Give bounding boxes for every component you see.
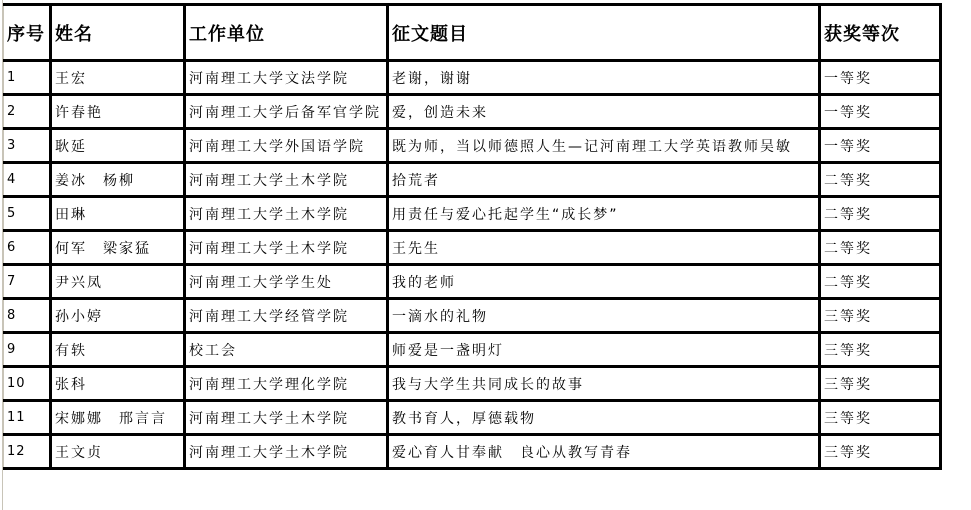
cell-title: 爱，创造未来 bbox=[388, 95, 820, 129]
cell-unit: 河南理工大学经管学院 bbox=[185, 299, 388, 333]
cell-title: 既为师，当以师德照人生—记河南理工大学英语教师吴敏 bbox=[388, 129, 820, 163]
cell-name: 王文贞 bbox=[51, 435, 185, 469]
cell-title: 拾荒者 bbox=[388, 163, 820, 197]
cell-award: 二等奖 bbox=[820, 231, 941, 265]
cell-no: 3 bbox=[4, 129, 51, 163]
cell-name: 有轶 bbox=[51, 333, 185, 367]
table-row: 12王文贞河南理工大学土木学院爱心育人甘奉献 良心从教写青春三等奖 bbox=[4, 435, 941, 469]
table-row: 3耿延河南理工大学外国语学院既为师，当以师德照人生—记河南理工大学英语教师吴敏一… bbox=[4, 129, 941, 163]
cell-unit: 河南理工大学土木学院 bbox=[185, 401, 388, 435]
page: 序号 姓名 工作单位 征文题目 获奖等次 1王宏河南理工大学文法学院老谢，谢谢一… bbox=[0, 0, 971, 510]
cell-award: 三等奖 bbox=[820, 299, 941, 333]
awards-table: 序号 姓名 工作单位 征文题目 获奖等次 1王宏河南理工大学文法学院老谢，谢谢一… bbox=[3, 3, 942, 470]
header-name: 姓名 bbox=[51, 5, 185, 61]
cell-unit: 河南理工大学土木学院 bbox=[185, 231, 388, 265]
cell-unit: 河南理工大学后备军官学院 bbox=[185, 95, 388, 129]
cell-award: 一等奖 bbox=[820, 61, 941, 95]
cell-no: 8 bbox=[4, 299, 51, 333]
cell-no: 2 bbox=[4, 95, 51, 129]
header-award: 获奖等次 bbox=[820, 5, 941, 61]
cell-no: 10 bbox=[4, 367, 51, 401]
cell-name: 王宏 bbox=[51, 61, 185, 95]
table-row: 4姜冰 杨柳河南理工大学土木学院拾荒者二等奖 bbox=[4, 163, 941, 197]
table-row: 5田琳河南理工大学土木学院用责任与爱心托起学生“成长梦”二等奖 bbox=[4, 197, 941, 231]
cell-unit: 河南理工大学学生处 bbox=[185, 265, 388, 299]
table-row: 9有轶校工会师爱是一盏明灯三等奖 bbox=[4, 333, 941, 367]
cell-name: 张科 bbox=[51, 367, 185, 401]
cell-name: 何军 梁家猛 bbox=[51, 231, 185, 265]
cell-award: 一等奖 bbox=[820, 95, 941, 129]
table-row: 7尹兴凤河南理工大学学生处我的老师二等奖 bbox=[4, 265, 941, 299]
cell-unit: 河南理工大学土木学院 bbox=[185, 163, 388, 197]
table-row: 11宋娜娜 邢言言河南理工大学土木学院教书育人，厚德载物三等奖 bbox=[4, 401, 941, 435]
cell-unit: 河南理工大学外国语学院 bbox=[185, 129, 388, 163]
cell-award: 三等奖 bbox=[820, 333, 941, 367]
cell-unit: 河南理工大学土木学院 bbox=[185, 197, 388, 231]
cell-name: 许春艳 bbox=[51, 95, 185, 129]
cell-no: 7 bbox=[4, 265, 51, 299]
table-row: 2许春艳河南理工大学后备军官学院爱，创造未来一等奖 bbox=[4, 95, 941, 129]
cell-unit: 河南理工大学文法学院 bbox=[185, 61, 388, 95]
cell-title: 我与大学生共同成长的故事 bbox=[388, 367, 820, 401]
table-header-row: 序号 姓名 工作单位 征文题目 获奖等次 bbox=[4, 5, 941, 61]
cell-title: 教书育人，厚德载物 bbox=[388, 401, 820, 435]
header-unit: 工作单位 bbox=[185, 5, 388, 61]
table-row: 10张科河南理工大学理化学院我与大学生共同成长的故事三等奖 bbox=[4, 367, 941, 401]
cell-name: 姜冰 杨柳 bbox=[51, 163, 185, 197]
cell-no: 5 bbox=[4, 197, 51, 231]
cell-no: 11 bbox=[4, 401, 51, 435]
cell-title: 一滴水的礼物 bbox=[388, 299, 820, 333]
table-row: 1王宏河南理工大学文法学院老谢，谢谢一等奖 bbox=[4, 61, 941, 95]
cell-title: 我的老师 bbox=[388, 265, 820, 299]
header-no: 序号 bbox=[4, 5, 51, 61]
cell-award: 二等奖 bbox=[820, 265, 941, 299]
cell-name: 孙小婷 bbox=[51, 299, 185, 333]
table-row: 6何军 梁家猛河南理工大学土木学院王先生二等奖 bbox=[4, 231, 941, 265]
cell-name: 宋娜娜 邢言言 bbox=[51, 401, 185, 435]
cell-title: 师爱是一盏明灯 bbox=[388, 333, 820, 367]
cell-no: 1 bbox=[4, 61, 51, 95]
cell-award: 二等奖 bbox=[820, 197, 941, 231]
cell-title: 老谢，谢谢 bbox=[388, 61, 820, 95]
cell-no: 12 bbox=[4, 435, 51, 469]
cell-no: 6 bbox=[4, 231, 51, 265]
cell-award: 三等奖 bbox=[820, 435, 941, 469]
cell-unit: 校工会 bbox=[185, 333, 388, 367]
header-title: 征文题目 bbox=[388, 5, 820, 61]
cell-award: 三等奖 bbox=[820, 367, 941, 401]
cell-name: 田琳 bbox=[51, 197, 185, 231]
cell-name: 耿延 bbox=[51, 129, 185, 163]
cell-award: 二等奖 bbox=[820, 163, 941, 197]
cell-name: 尹兴凤 bbox=[51, 265, 185, 299]
cell-title: 王先生 bbox=[388, 231, 820, 265]
cell-unit: 河南理工大学理化学院 bbox=[185, 367, 388, 401]
cell-award: 一等奖 bbox=[820, 129, 941, 163]
cell-no: 4 bbox=[4, 163, 51, 197]
cell-unit: 河南理工大学土木学院 bbox=[185, 435, 388, 469]
cell-title: 爱心育人甘奉献 良心从教写青春 bbox=[388, 435, 820, 469]
cell-title: 用责任与爱心托起学生“成长梦” bbox=[388, 197, 820, 231]
cell-no: 9 bbox=[4, 333, 51, 367]
cell-award: 三等奖 bbox=[820, 401, 941, 435]
table-row: 8孙小婷河南理工大学经管学院一滴水的礼物三等奖 bbox=[4, 299, 941, 333]
